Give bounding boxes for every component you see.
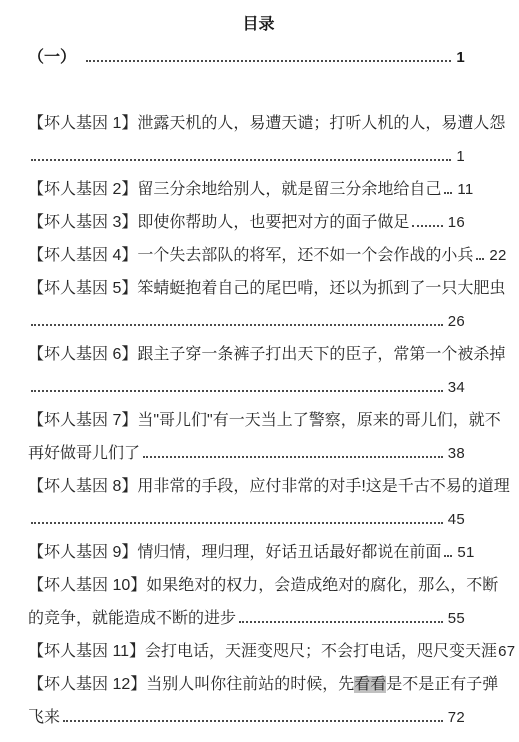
toc-line-text: 【坏人基因 3】即使你帮助人，也要把对方的面子做足 [28,206,409,239]
page-number: 1 [456,41,465,74]
toc-line-text: 飞来 [28,701,60,734]
toc-line-text: 【坏人基因 6】跟主子穿一条裤子打出天下的臣子，常第一个被杀掉 [28,346,505,363]
toc-line: 45 [28,503,489,536]
page-number: 26 [448,305,465,338]
page-number: 72 [448,701,465,734]
toc-line: 26 [28,305,489,338]
toc-line-text: 【坏人基因 5】笨蜻蜓抱着自己的尾巴啃，还以为抓到了一只大肥虫 [28,280,505,297]
page-number: 45 [448,503,465,536]
toc-line-text: 再好做哥儿们了 [28,437,140,470]
dot-leader [444,192,452,194]
page-number: 16 [448,206,465,239]
toc-line-text: 【坏人基因 7】当"哥儿们"有一天当上了警察，原来的哥儿们，就不 [28,412,501,429]
page-number: 11 [457,173,473,206]
toc-line: 【坏人基因 7】当"哥儿们"有一天当上了警察，原来的哥儿们，就不 [28,404,489,437]
toc-line: 【坏人基因 1】泄露天机的人，易遭天谴；打听人机的人，易遭人怨 [28,107,489,140]
page-number: 22 [489,239,506,272]
toc-line: 【坏人基因 9】情归情，理归理，好话丑话最好都说在前面51 [28,536,489,569]
toc-line: 【坏人基因 11】会打电话，天涯变咫尺；不会打电话，咫尺变天涯67 [28,635,489,668]
dot-leader [31,324,443,326]
dot-leader [143,456,443,458]
toc-line-text: 【坏人基因 4】一个失去部队的将军，还不如一个会作战的小兵 [28,239,473,272]
toc-page: 目录 （一） 1 【坏人基因 1】泄露天机的人，易遭天谴；打听人机的人，易遭人怨… [0,0,519,742]
toc-line-text: 【坏人基因 9】情归情，理归理，好话丑话最好都说在前面 [28,536,441,569]
toc-line: 【坏人基因 2】留三分余地给别人，就是留三分余地给自己11 [28,173,489,206]
dot-leader [31,159,451,161]
dot-leader [444,555,452,557]
toc-line: 34 [28,371,489,404]
toc-line: 再好做哥儿们了38 [28,437,489,470]
toc-line-text: 【坏人基因 8】用非常的手段，应付非常的对手!这是千古不易的道理 [28,478,510,495]
toc-line-text: 【坏人基因 12】当别人叫你往前站的时候，先 [28,676,354,693]
toc-section-row: （一） 1 [28,41,489,74]
dot-leader [412,225,442,227]
toc-line-text: 的竞争，就能造成不断的进步 [28,602,236,635]
page-title-text: 目录 [242,8,274,41]
page-number: 34 [448,371,465,404]
highlighted-text: 看看 [354,676,386,693]
toc-line: 【坏人基因 12】当别人叫你往前站的时候，先看看是不是正有子弹 [28,668,489,701]
page-number: 38 [448,437,465,470]
toc-section-label: （一） [28,41,76,74]
dot-leader [63,720,443,722]
toc-line: 1 [28,140,489,173]
toc-line: 的竞争，就能造成不断的进步55 [28,602,489,635]
page-number: 51 [457,536,474,569]
toc-line: 【坏人基因 3】即使你帮助人，也要把对方的面子做足16 [28,206,489,239]
toc-line-text: 是不是正有子弹 [386,676,498,693]
toc-entries: 【坏人基因 1】泄露天机的人，易遭天谴；打听人机的人，易遭人怨1【坏人基因 2】… [28,107,489,734]
toc-line-text: 【坏人基因 10】如果绝对的权力，会造成绝对的腐化，那么，不断 [28,577,498,594]
toc-line-text: 【坏人基因 11】会打电话，天涯变咫尺；不会打电话，咫尺变天涯 [28,643,497,660]
toc-line: 飞来72 [28,701,489,734]
page-number: 55 [448,602,465,635]
page-number: 67 [498,643,515,660]
dot-leader [86,60,451,62]
toc-line: 【坏人基因 5】笨蜻蜓抱着自己的尾巴啃，还以为抓到了一只大肥虫 [28,272,489,305]
page-number: 1 [456,140,465,173]
blank-line [28,74,489,107]
toc-line-text: 【坏人基因 1】泄露天机的人，易遭天谴；打听人机的人，易遭人怨 [28,115,505,132]
toc-line: 【坏人基因 6】跟主子穿一条裤子打出天下的臣子，常第一个被杀掉 [28,338,489,371]
page-title: 目录 [28,8,489,41]
dot-leader [31,522,443,524]
dot-leader [476,258,484,260]
toc-line: 【坏人基因 4】一个失去部队的将军，还不如一个会作战的小兵22 [28,239,489,272]
toc-line-text: 【坏人基因 2】留三分余地给别人，就是留三分余地给自己 [28,173,441,206]
dot-leader [239,621,443,623]
toc-line: 【坏人基因 10】如果绝对的权力，会造成绝对的腐化，那么，不断 [28,569,489,602]
toc-line: 【坏人基因 8】用非常的手段，应付非常的对手!这是千古不易的道理 [28,470,489,503]
dot-leader [31,390,443,392]
